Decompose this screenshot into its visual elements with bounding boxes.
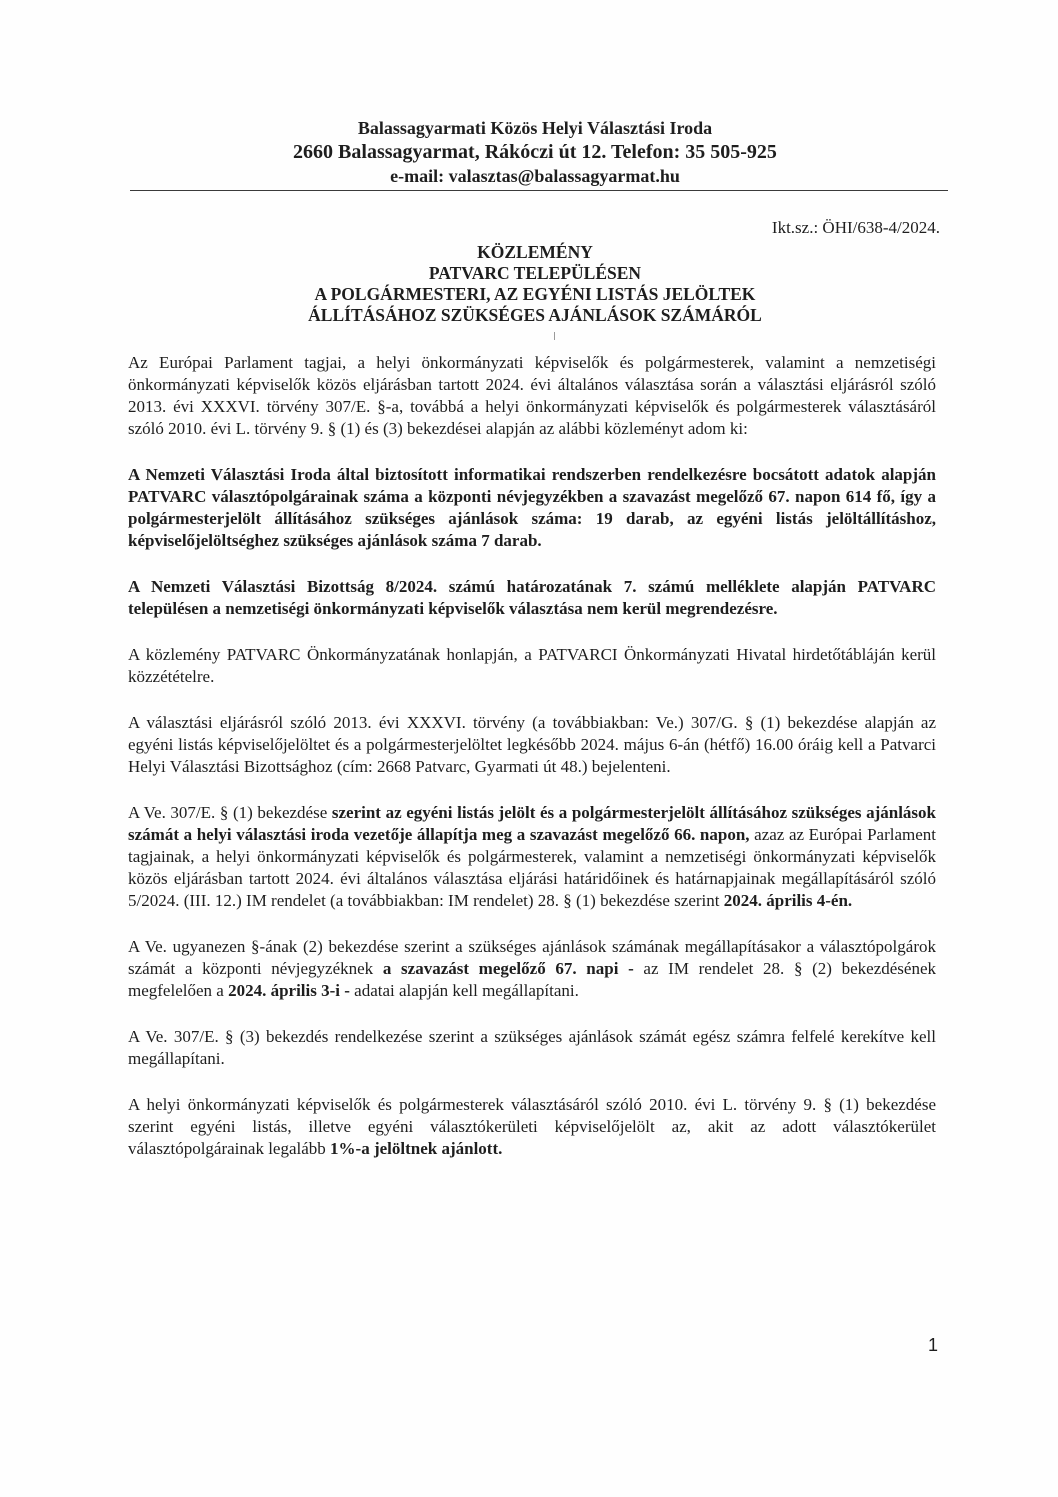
title-line: PATVARC TELEPÜLÉSEN: [130, 263, 940, 284]
office-email: e-mail: valasztas@balassagyarmat.hu: [130, 164, 940, 188]
text: adatai alapján kell megállapítani.: [350, 981, 579, 1000]
paragraph: Az Európai Parlament tagjai, a helyi önk…: [128, 352, 936, 440]
bold-text: 2024. április 4-én.: [724, 891, 852, 910]
office-address: 2660 Balassagyarmat, Rákóczi út 12. Tele…: [130, 140, 940, 164]
text: Az Európai Parlament tagjai, a helyi önk…: [128, 353, 936, 438]
text: A választási eljárásról szóló 2013. évi …: [128, 713, 936, 776]
paragraph: A közlemény PATVARC Önkormányzatának hon…: [128, 644, 936, 688]
header-divider: [130, 190, 948, 191]
paragraph: A Ve. ugyanezen §-ának (2) bekezdése sze…: [128, 936, 936, 1002]
paragraph: A választási eljárásról szóló 2013. évi …: [128, 712, 936, 778]
bold-text: a szavazást megelőző 67. napi -: [383, 959, 634, 978]
document-body: Az Európai Parlament tagjai, a helyi önk…: [128, 352, 936, 1184]
paragraph: A Nemzeti Választási Iroda által biztosí…: [128, 464, 936, 552]
text: A Ve. 307/E. § (1) bekezdése: [128, 803, 332, 822]
paragraph: A helyi önkormányzati képviselők és polg…: [128, 1094, 936, 1160]
title-line: ÁLLÍTÁSÁHOZ SZÜKSÉGES AJÁNLÁSOK SZÁMÁRÓL: [130, 305, 940, 326]
paragraph: A Nemzeti Választási Bizottság 8/2024. s…: [128, 576, 936, 620]
title-line: A POLGÁRMESTERI, AZ EGYÉNI LISTÁS JELÖLT…: [130, 284, 940, 305]
page-number: 1: [928, 1335, 938, 1356]
office-name: Balassagyarmati Közös Helyi Választási I…: [130, 116, 940, 140]
paragraph: A Ve. 307/E. § (3) bekezdés rendelkezése…: [128, 1026, 936, 1070]
bold-text: A Nemzeti Választási Iroda által biztosí…: [128, 465, 936, 550]
letterhead: Balassagyarmati Közös Helyi Választási I…: [130, 116, 940, 188]
title-line: KÖZLEMÉNY: [130, 242, 940, 263]
document-page: Balassagyarmati Közös Helyi Választási I…: [0, 0, 1058, 1497]
reference-number: Ikt.sz.: ÖHI/638-4/2024.: [772, 218, 940, 238]
scan-artifact: [554, 332, 555, 340]
bold-text: 1%-a jelöltnek ajánlott.: [330, 1139, 502, 1158]
bold-text: A Nemzeti Választási Bizottság 8/2024. s…: [128, 577, 936, 618]
text: A közlemény PATVARC Önkormányzatának hon…: [128, 645, 936, 686]
text: A helyi önkormányzati képviselők és polg…: [128, 1095, 936, 1158]
text: A Ve. 307/E. § (3) bekezdés rendelkezése…: [128, 1027, 936, 1068]
bold-text: 2024. április 3-i -: [228, 981, 350, 1000]
document-title: KÖZLEMÉNY PATVARC TELEPÜLÉSEN A POLGÁRME…: [130, 242, 940, 326]
paragraph: A Ve. 307/E. § (1) bekezdése szerint az …: [128, 802, 936, 912]
